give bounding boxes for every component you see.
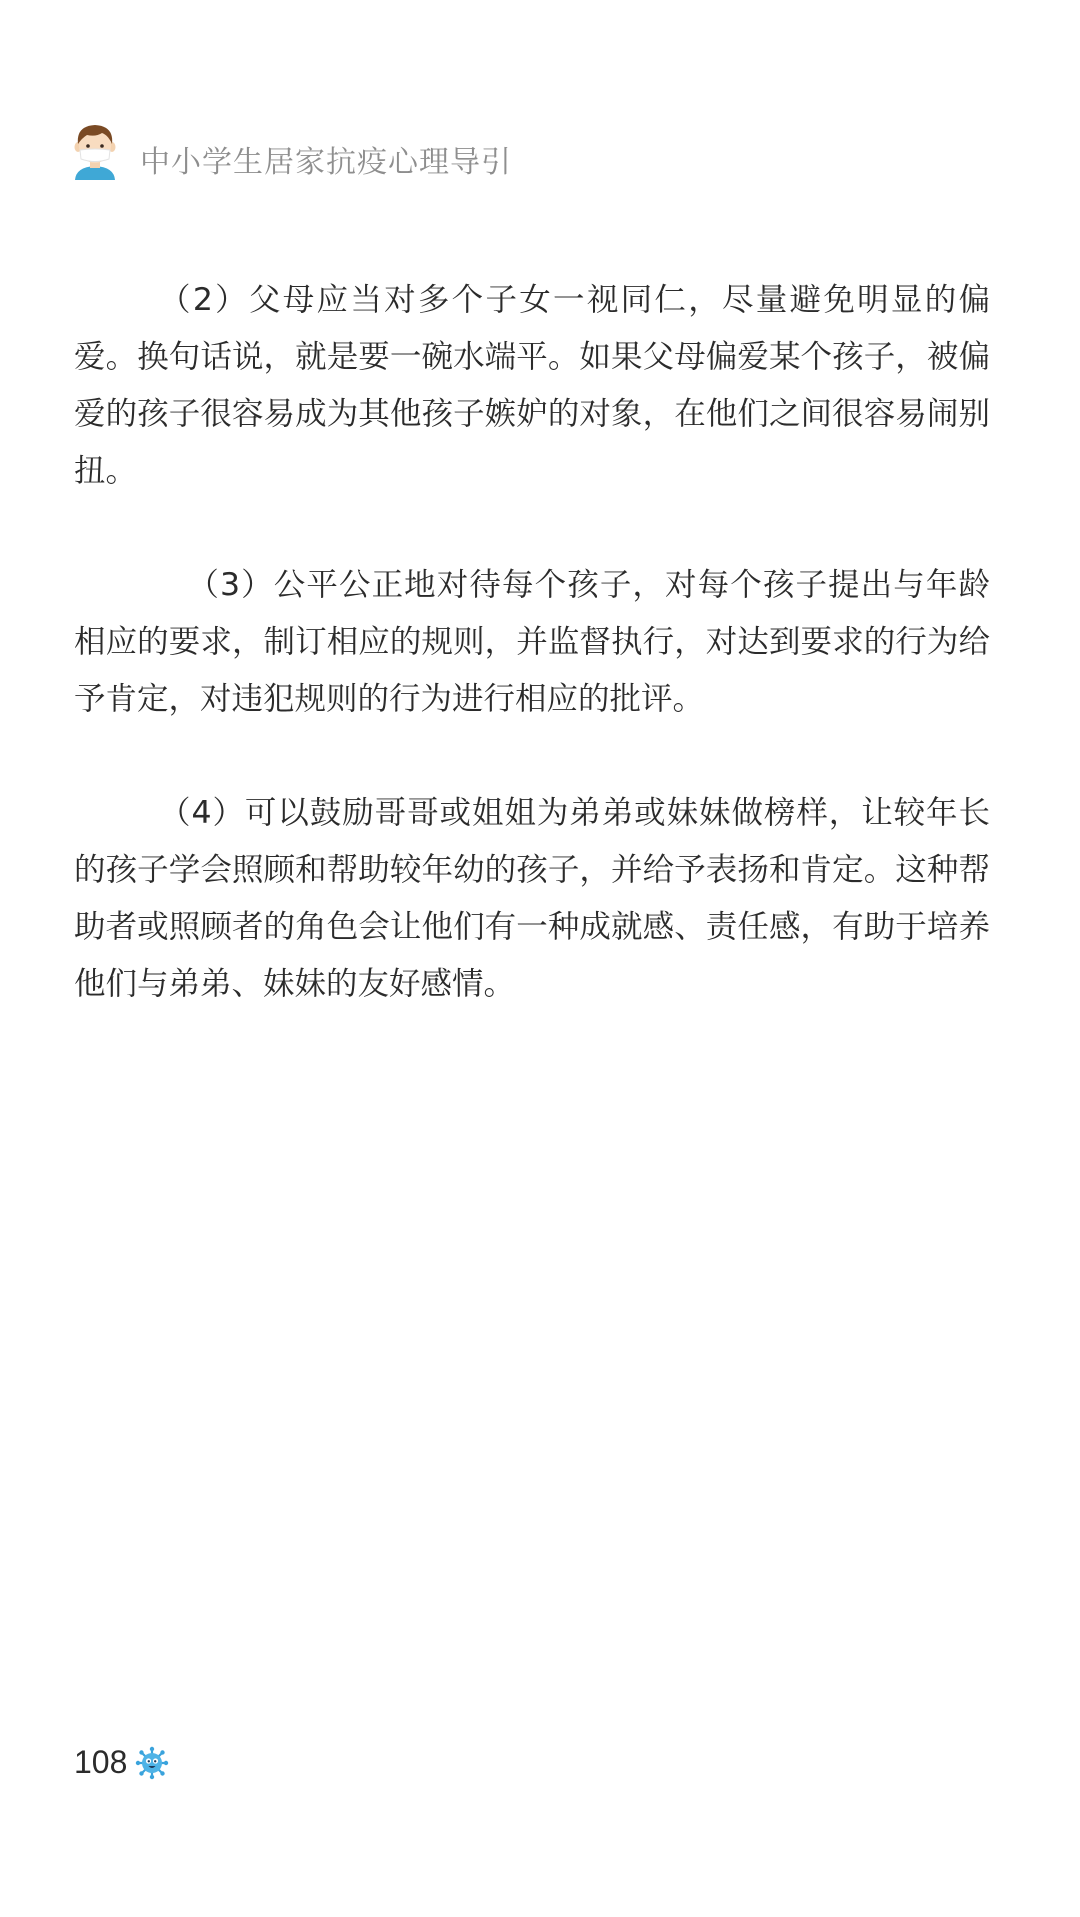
paragraph-4: （4）可以鼓励哥哥或姐姐为弟弟或妹妹做榜样，让较年长的孩子学会照顾和帮助较年幼的… [74,785,990,1013]
paragraph-3: （3）公平公正地对待每个孩子，对每个孩子提出与年龄相应的要求，制订相应的规则，并… [74,557,990,728]
document-body: （2）父母应当对多个子女一视同仁，尽量避免明显的偏爱。换句话说，就是要一碗水端平… [74,272,990,1070]
book-title: 中小学生居家抗疫心理导引 [140,137,512,181]
page-footer: 108 [74,1744,169,1781]
boy-with-mask-icon [72,122,118,180]
page-number: 108 [74,1744,127,1781]
page-header: 中小学生居家抗疫心理导引 [72,120,512,182]
paragraph-2: （2）父母应当对多个子女一视同仁，尽量避免明显的偏爱。换句话说，就是要一碗水端平… [74,272,990,500]
virus-mascot-icon [135,1746,169,1780]
